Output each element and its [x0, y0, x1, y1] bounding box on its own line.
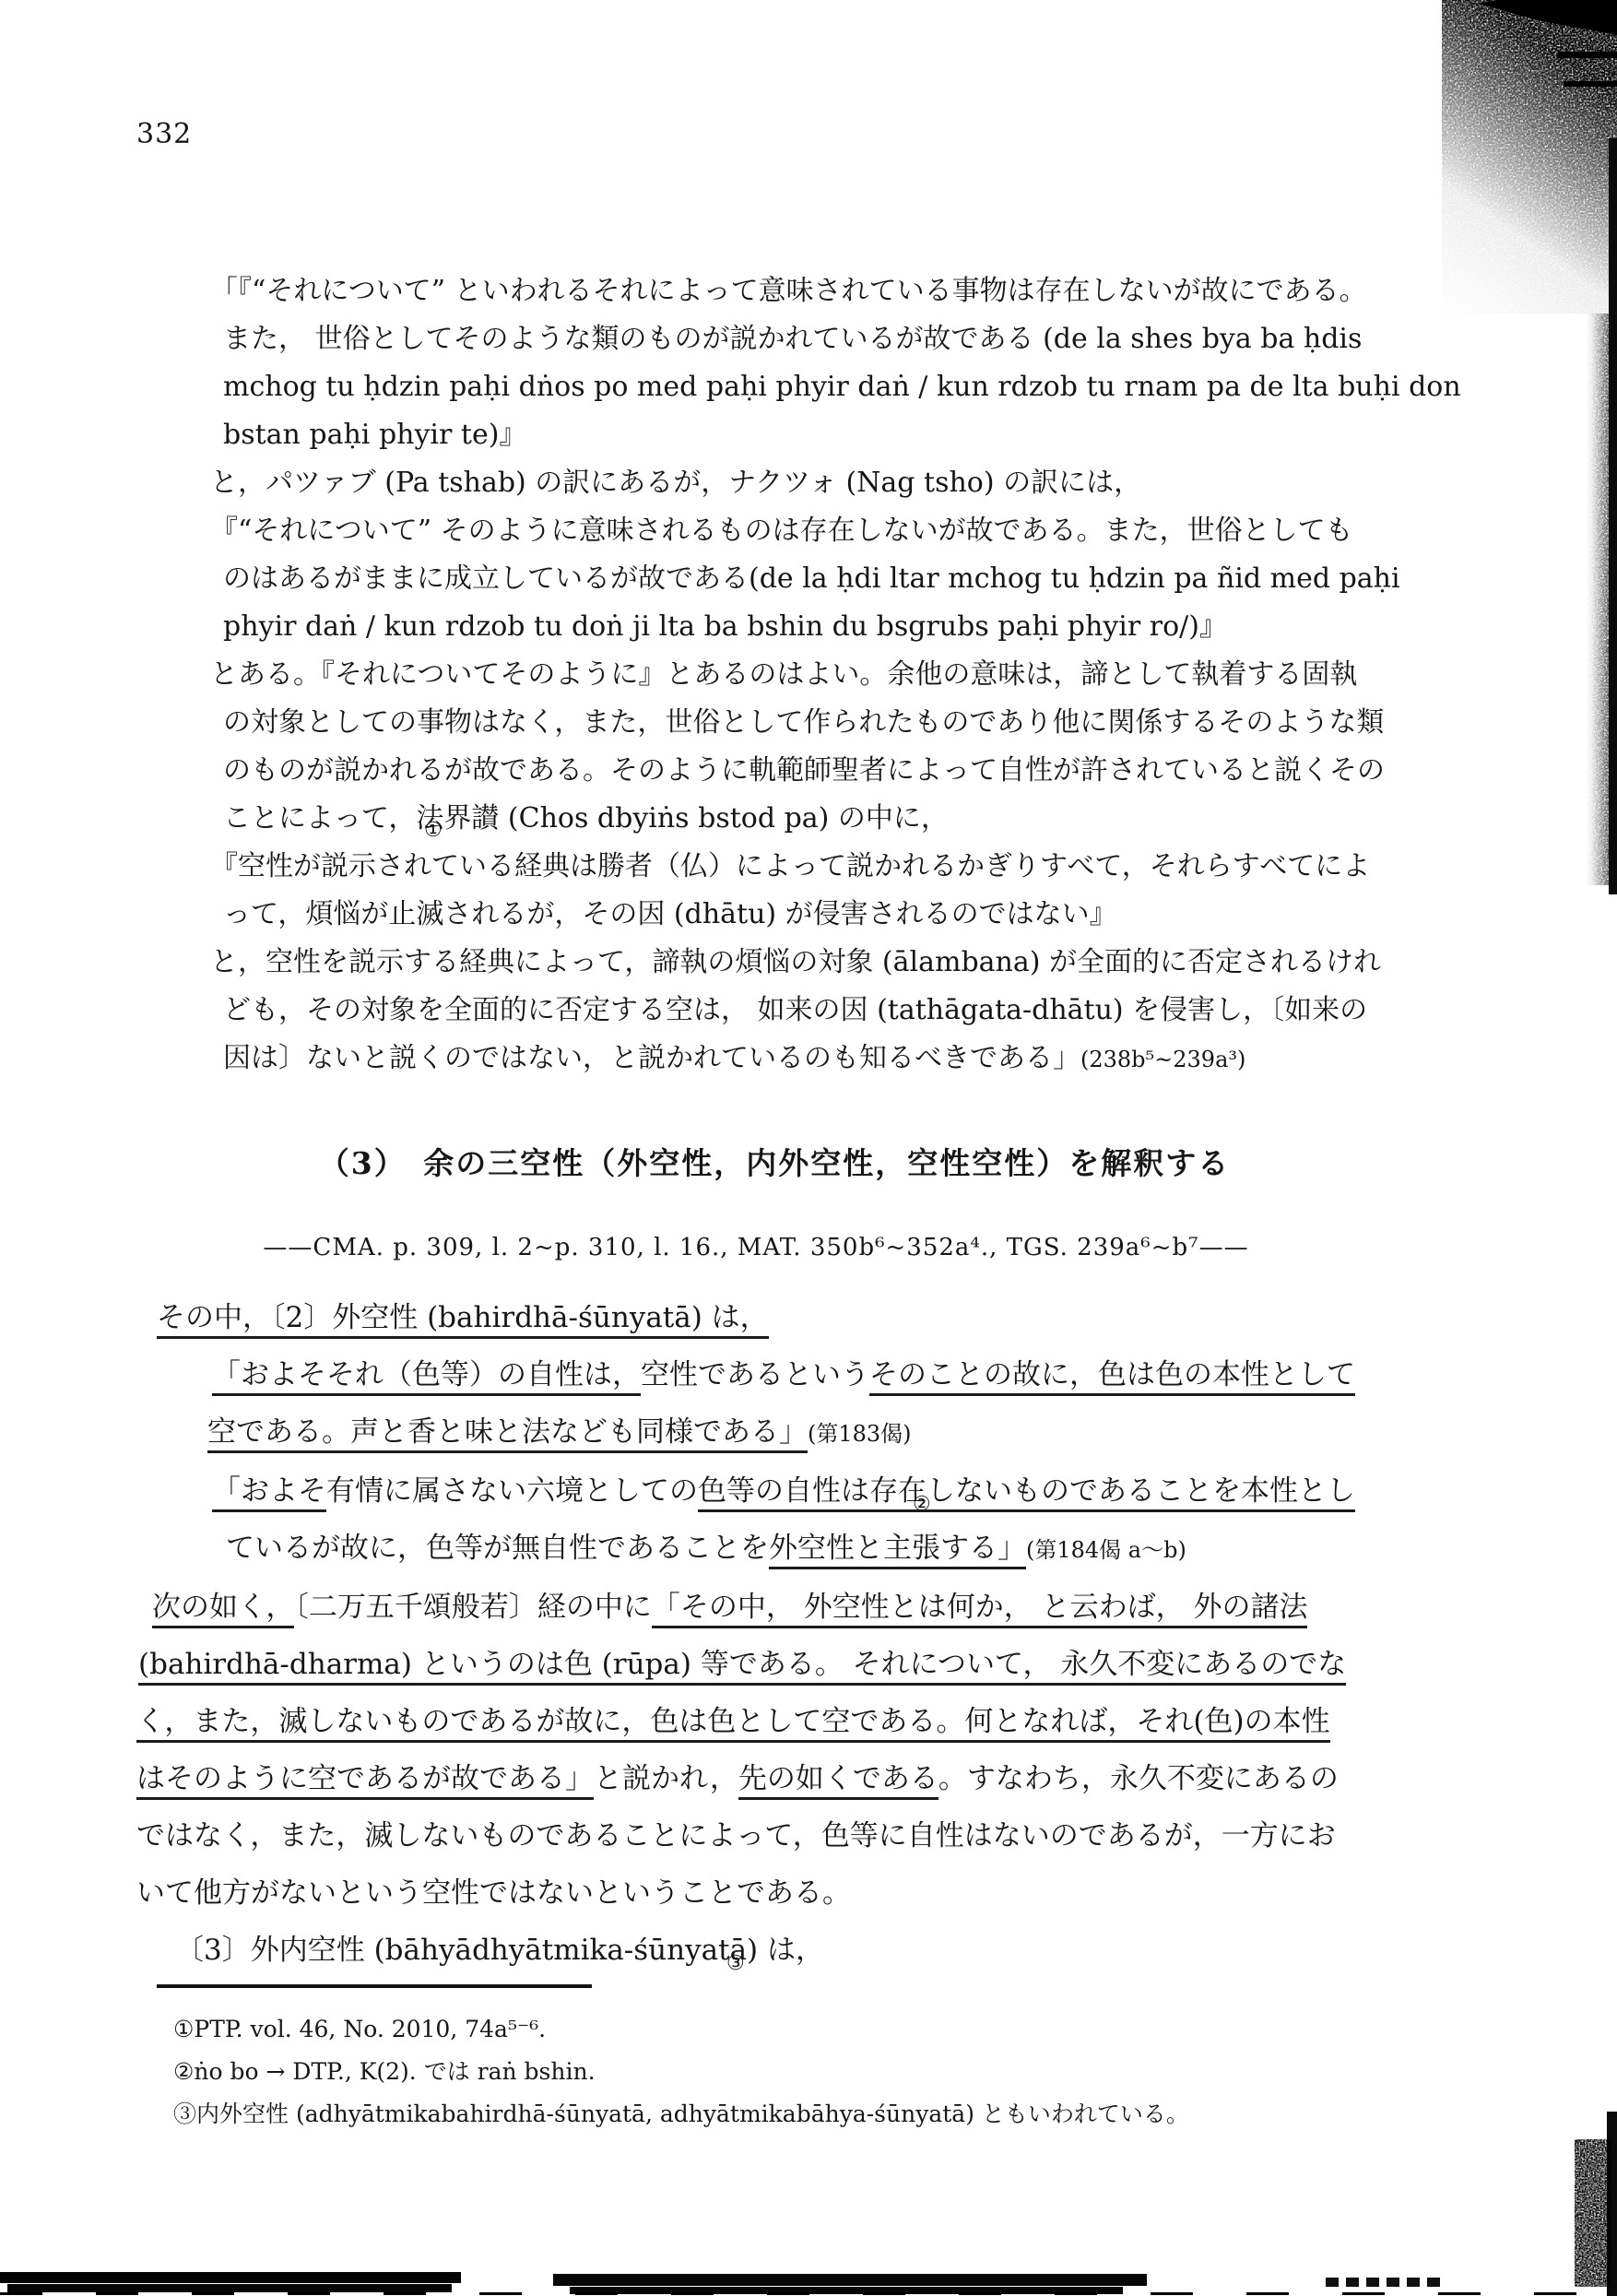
text-segment: ③内外空性 (adhyātmikabahirdhā-śūnyatā, adhyā… — [173, 2101, 1189, 2127]
text-segment: mchog tu ḥdzin paḥi dṅos po med paḥi phy… — [223, 371, 1461, 403]
footnote-divider — [157, 1984, 592, 1988]
text-segment: ②ṅo bo → DTP., K(2). では raṅ bshin. — [173, 2058, 596, 2085]
text-line: のものが説かれるが故である。そのように軌範師聖者によって自性が許されていると説く… — [210, 747, 1436, 795]
text-line: 「およそ有情に属さない六境としての色等の自性は存在しないものであることを本性とし… — [136, 1462, 1446, 1520]
text-line: と，パツァブ (Pa tshab) の訳にあるが，ナクツォ (Nag tsho)… — [210, 459, 1436, 507]
underlined-text: 「およそ — [212, 1474, 326, 1512]
text-line: 『空性が説示されている経典は勝者（仏）によって説かれるかぎりすべて，それらすべて… — [210, 843, 1436, 891]
underlined-text: 「およそそれ（色等）の自性は， — [212, 1358, 641, 1396]
underlined-text: 空である。声と香と味と法なども同様である」 — [207, 1415, 808, 1453]
text-line: 『“それについて” そのように意味されるものは存在しないが故である。また，世俗と… — [210, 507, 1436, 555]
section-heading: （3） 余の三空性（外空性，内外空性，空性空性）を解釈する — [138, 1140, 1410, 1183]
text-line: phyir daṅ / kun rdzob tu doṅ ji lta ba b… — [210, 603, 1436, 651]
text-segment: (238b⁵~239a³) — [1080, 1047, 1245, 1072]
page-number: 332 — [136, 118, 192, 150]
text-line: と，空性を説示する経典によって，諦執の煩悩の対象 (ālambana) が全面的… — [210, 939, 1436, 987]
text-segment: ことによって，法界讃 (Chos dbyiṅs bstod pa) の中に， — [223, 802, 949, 834]
text-line: ことによって，法界讃 (Chos dbyiṅs bstod pa) の中に，① — [210, 795, 1436, 843]
text-line: ①PTP. vol. 46, No. 2010, 74a⁵⁻⁶. — [173, 2008, 1189, 2051]
body-block: その中，〔2〕外空性 (bahirdhā-śūnyatā) は，「およそそれ（色… — [136, 1289, 1446, 1979]
text-segment: ではなく，また，滅しないものであることによって，色等に自性はないのであるが，一方… — [136, 1819, 1336, 1852]
text-segment: (第184偈 a～b) — [1026, 1537, 1186, 1563]
text-segment: bstan paḥi phyir te)』 — [223, 419, 526, 451]
text-line: 次の如く，〔二万五千頌般若〕経の中に「その中， 外空性とは何か， と云わば， 外… — [136, 1579, 1446, 1636]
text-segment: の対象としての事物はなく，また，世俗として作られたものであり他に関係するそのよう… — [223, 706, 1384, 739]
text-line: 因は〕ないと説くのではない，と説かれているのも知るべきである」(238b⁵~23… — [210, 1035, 1436, 1083]
scanned-page: 332 「『“それについて” といわれるそれによって意味されている事物は存在しな… — [0, 0, 1617, 2296]
text-line: とある。『それについてそのように』とあるのはよい。余他の意味は，諦として執着する… — [210, 651, 1436, 699]
underlined-text: 「その中， 外空性とは何か， と云わば， 外の諸法 — [652, 1591, 1308, 1628]
text-segment: 『“それについて” そのように意味されるものは存在しないが故である。また，世俗と… — [210, 515, 1353, 547]
text-line: く，また，滅しないものであるが故に，色は色として空である。何となれば，それ(色)… — [136, 1693, 1446, 1750]
underlined-text: そのことの故に，色は色の本性として — [869, 1358, 1355, 1396]
text-line: 「およそそれ（色等）の自性は，空性であるというそのことの故に，色は色の本性として — [136, 1346, 1446, 1403]
text-segment: 因は〕ないと説くのではない，と説かれているのも知るべきである」 — [223, 1042, 1080, 1074]
scan-artifact-dash — [1564, 81, 1617, 87]
text-line: ②ṅo bo → DTP., K(2). では raṅ bshin. — [173, 2051, 1189, 2093]
text-segment: 空性であるという — [641, 1358, 869, 1391]
scan-artifact-right-bar — [1609, 138, 1617, 894]
underlined-text: 外空性と主張する」 — [769, 1532, 1026, 1569]
text-segment: phyir daṅ / kun rdzob tu doṅ ji lta ba b… — [223, 610, 1227, 643]
text-segment: 。すなわち，永久不変にあるの — [938, 1762, 1339, 1795]
underlined-text: (bahirdhā-dharma) というのは色 (rūpa) 等である。 それ… — [138, 1648, 1346, 1686]
text-segment: 「『“それについて” といわれるそれによって意味されている事物は存在しないが故に… — [210, 275, 1367, 307]
text-segment: ①PTP. vol. 46, No. 2010, 74a⁵⁻⁶. — [173, 2016, 546, 2042]
text-line: ども，その対象を全面的に否定する空は， 如来の因 (tathāgata-dhāt… — [210, 987, 1436, 1035]
text-line: その中，〔2〕外空性 (bahirdhā-śūnyatā) は， — [136, 1289, 1446, 1346]
text-line: (bahirdhā-dharma) というのは色 (rūpa) 等である。 それ… — [136, 1636, 1446, 1693]
text-segment: ども，その対象を全面的に否定する空は， 如来の因 (tathāgata-dhāt… — [223, 994, 1367, 1026]
text-line: また， 世俗としてそのような類のものが説かれているが故である (de la sh… — [210, 315, 1436, 363]
text-segment: と説かれ， — [594, 1762, 738, 1795]
text-segment: 有情に属さない六境としての — [326, 1474, 698, 1508]
text-line: 「『“それについて” といわれるそれによって意味されている事物は存在しないが故に… — [210, 267, 1436, 315]
scan-artifact-bottom-band — [7, 2284, 452, 2292]
scan-artifact-bottom-band — [1326, 2278, 1447, 2287]
text-segment: 〔二万五千頌般若〕経の中に — [294, 1591, 652, 1624]
underlined-text: く，また，滅しないものであるが故に，色は色として空である。何となれば，それ(色)… — [136, 1705, 1330, 1743]
scan-artifact-dash — [1558, 52, 1617, 58]
text-line: mchog tu ḥdzin paḥi dṅos po med paḥi phy… — [210, 363, 1436, 411]
underlined-text: 先の如くである — [738, 1762, 938, 1800]
text-segment: って，煩悩が止滅されるが，その因 (dhātu) が侵害されるのではない』 — [223, 898, 1117, 930]
text-segment: 『空性が説示されている経典は勝者（仏）によって説かれるかぎりすべて，それらすべて… — [210, 850, 1370, 882]
text-line: ているが故に，色等が無自性であることを外空性と主張する」(第184偈 a～b) — [136, 1520, 1446, 1579]
text-segment: と，空性を説示する経典によって，諦執の煩悩の対象 (ālambana) が全面的… — [210, 946, 1381, 978]
text-segment: ているが故に，色等が無自性であることを — [226, 1532, 769, 1565]
text-line: の対象としての事物はなく，また，世俗として作られたものであり他に関係するそのよう… — [210, 699, 1436, 747]
text-line: はそのように空であるが故である」と説かれ，先の如くである。すなわち，永久不変にあ… — [136, 1750, 1446, 1807]
footnote-marker: ③ — [726, 1935, 745, 1993]
underlined-text: その中，〔2〕外空性 (bahirdhā-śūnyatā) は， — [157, 1301, 769, 1339]
text-segment: いて他方がないという空性ではないということである。 — [136, 1876, 851, 1910]
footnotes: ①PTP. vol. 46, No. 2010, 74a⁵⁻⁶.②ṅo bo →… — [173, 2008, 1189, 2136]
text-line: 空である。声と香と味と法なども同様である」(第183偈) — [136, 1403, 1446, 1462]
scan-artifact-bottom-band — [553, 2274, 1147, 2286]
text-segment: とある。『それについてそのように』とあるのはよい。余他の意味は，諦として執着する… — [210, 658, 1357, 691]
text-segment: のものが説かれるが故である。そのように軌範師聖者によって自性が許されていると説く… — [223, 754, 1385, 787]
text-line: のはあるがままに成立しているが故である(de la ḥdi ltar mchog… — [210, 555, 1436, 603]
source-reference: ——CMA. p. 309, l. 2~p. 310, l. 16., MAT.… — [138, 1234, 1374, 1261]
scan-artifact-bottom-band — [0, 2272, 461, 2283]
scan-artifact-corner-fade — [1442, 0, 1617, 314]
underlined-text: 次の如く， — [152, 1591, 294, 1628]
text-line: 〔3〕外内空性 (bāhyādhyātmika-śūnyatā) は，③ — [136, 1922, 1446, 1979]
text-line: ③内外空性 (adhyātmikabahirdhā-śūnyatā, adhyā… — [173, 2093, 1189, 2136]
text-segment: のはあるがままに成立しているが故である(de la ḥdi ltar mchog… — [223, 562, 1400, 595]
quote-block: 「『“それについて” といわれるそれによって意味されている事物は存在しないが故に… — [210, 267, 1436, 1083]
text-line: って，煩悩が止滅されるが，その因 (dhātu) が侵害されるのではない』 — [210, 891, 1436, 939]
text-segment: と，パツァブ (Pa tshab) の訳にあるが，ナクツォ (Nag tsho)… — [210, 467, 1141, 499]
text-line: bstan paḥi phyir te)』 — [210, 411, 1436, 459]
underlined-text: はそのように空であるが故である」 — [136, 1762, 594, 1800]
text-segment: (第183偈) — [808, 1421, 912, 1447]
text-line: いて他方がないという空性ではないということである。 — [136, 1864, 1446, 1922]
text-segment: また， 世俗としてそのような類のものが説かれているが故である (de la sh… — [223, 323, 1362, 355]
underlined-text: 色等の自性は存在しないものであることを本性とし — [698, 1474, 1355, 1512]
scan-artifact-bottom-hairline — [0, 2292, 1617, 2295]
text-line: ではなく，また，滅しないものであることによって，色等に自性はないのであるが，一方… — [136, 1807, 1446, 1864]
scan-artifact-edge-noise — [1575, 2139, 1611, 2287]
